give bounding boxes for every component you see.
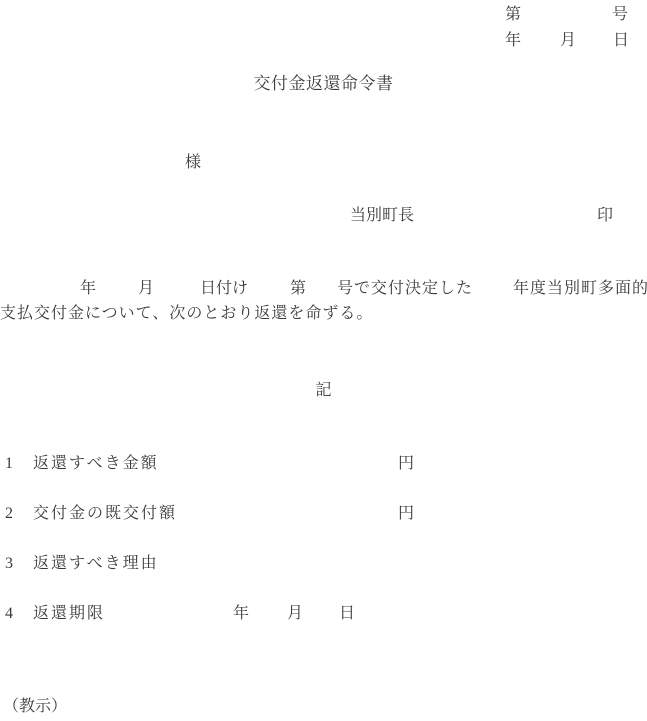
list-item-4: 4 返還期限 年 月 日 xyxy=(0,603,647,625)
document-title: 交付金返還命令書 xyxy=(0,73,647,95)
footer-note: （教示） xyxy=(3,696,67,718)
item-2-label: 交付金の既交付額 xyxy=(33,503,177,525)
item-3-number: 3 xyxy=(5,553,13,575)
list-item-1: 1 返還すべき金額 円 xyxy=(0,453,647,475)
item-4-number: 4 xyxy=(5,603,13,625)
seal-placeholder: 印 xyxy=(597,205,613,227)
body-day-suffix: 日付け xyxy=(200,278,248,300)
item-4-month-label: 月 xyxy=(287,603,303,625)
body-paragraph-line2: 支払交付金について、次のとおり返還を命ずる。 xyxy=(0,303,647,325)
issuer-line: 当別町長 印 xyxy=(0,205,647,227)
list-item-3: 3 返還すべき理由 xyxy=(0,553,647,575)
issue-date-day-label: 日 xyxy=(613,30,629,52)
list-item-2: 2 交付金の既交付額 円 xyxy=(0,503,647,525)
body-year-label: 年 xyxy=(80,278,96,300)
body-program-name: 年度当別町多面的 xyxy=(513,278,647,300)
item-4-day-label: 日 xyxy=(339,603,355,625)
issue-date-year-label: 年 xyxy=(505,30,521,52)
item-1-label: 返還すべき金額 xyxy=(33,453,159,475)
doc-number-suffix: 号 xyxy=(612,4,628,26)
item-4-label: 返還期限 xyxy=(33,603,105,625)
item-2-number: 2 xyxy=(5,503,13,525)
body-paragraph-line2-text: 支払交付金について、次のとおり返還を命ずる。 xyxy=(0,303,373,325)
issuer-title: 当別町長 xyxy=(350,205,414,227)
recipient-honorific: 様 xyxy=(185,152,201,174)
section-marker: 記 xyxy=(0,380,647,402)
doc-number-prefix: 第 xyxy=(505,4,521,26)
grant-return-order-document: 第 号 年 月 日 交付金返還命令書 様 当別町長 印 年 月 日付け 第 号で… xyxy=(0,0,647,721)
item-2-unit: 円 xyxy=(398,503,414,525)
doc-number-line: 第 号 xyxy=(0,4,647,26)
item-1-number: 1 xyxy=(5,453,13,475)
body-paragraph-line1: 年 月 日付け 第 号で交付決定した 年度当別町多面的 xyxy=(0,278,647,300)
item-3-label: 返還すべき理由 xyxy=(33,553,159,575)
recipient-line: 様 xyxy=(0,152,647,174)
issue-date-month-label: 月 xyxy=(560,30,576,52)
item-4-year-label: 年 xyxy=(233,603,249,625)
footer-note-line: （教示） xyxy=(0,696,647,718)
issue-date-line: 年 月 日 xyxy=(0,30,647,52)
body-month-label: 月 xyxy=(138,278,154,300)
item-1-unit: 円 xyxy=(398,453,414,475)
body-number-suffix: 号で交付決定した xyxy=(337,278,473,300)
body-number-prefix: 第 xyxy=(290,278,306,300)
